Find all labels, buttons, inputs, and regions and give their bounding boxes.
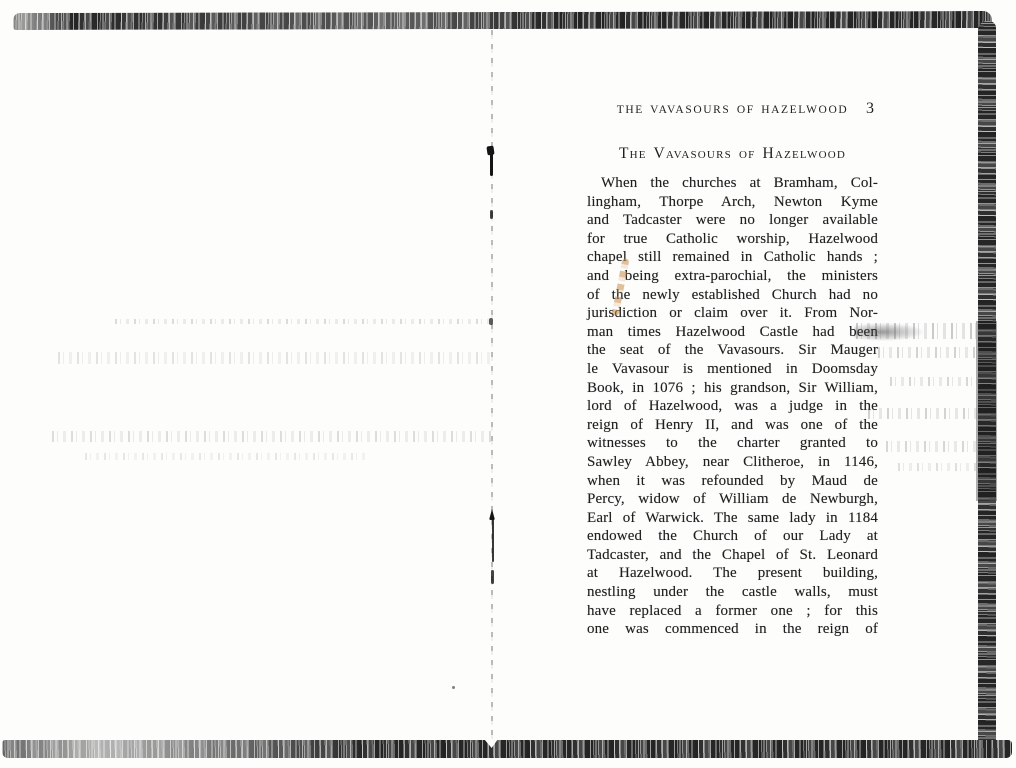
- body-text-line: at Hazelwood. The present building,: [587, 564, 878, 583]
- binding-stitch-mark: [490, 152, 493, 176]
- body-text-line: lingham, Thorpe Arch, Newton Kyme: [587, 193, 878, 212]
- scan-edge-bottom: [2, 740, 1012, 758]
- scan-smudge: [52, 431, 494, 442]
- binding-stitch-mark: [492, 518, 494, 562]
- body-text-line: When the churches at Bramham, Col-: [587, 174, 878, 193]
- body-text-line: endowed the Church of our Lady at: [587, 527, 878, 546]
- page-gutter-line: [491, 30, 493, 740]
- body-text-line: man times Hazelwood Castle had been: [587, 323, 878, 342]
- body-text-line: Earl of Warwick. The same lady in 1184: [587, 509, 878, 528]
- body-text-line: le Vavasour is mentioned in Doomsday: [587, 360, 878, 379]
- scan-smudge: [890, 377, 980, 386]
- body-text-line: one was commenced in the reign of: [587, 620, 878, 639]
- scan-edge-right: [978, 21, 996, 744]
- body-text-line: of the newly established Church had no: [587, 286, 878, 305]
- body-text-line: nestling under the castle walls, must: [587, 583, 878, 602]
- scan-edge-top: [13, 11, 992, 30]
- running-head-row: THE VAVASOURS OF HAZELWOOD 3: [587, 104, 878, 116]
- body-text-line: Sawley Abbey, near Clitheroe, in 1146,: [587, 453, 878, 472]
- running-head: THE VAVASOURS OF HAZELWOOD: [587, 104, 878, 116]
- scan-smudge: [886, 441, 980, 452]
- body-text-line: and being extra-parochial, the ministers: [587, 267, 878, 286]
- page-number: 3: [866, 100, 874, 118]
- body-text-line: chapel still remained in Catholic hands …: [587, 248, 878, 267]
- body-text-line: Percy, widow of William de Newburgh,: [587, 490, 878, 509]
- body-text-line: when it was refounded by Maud de: [587, 472, 878, 491]
- body-text-line: the seat of the Vavasours. Sir Mauger: [587, 341, 878, 360]
- body-text-line: lord of Hazelwood, was a judge in the: [587, 397, 878, 416]
- body-text-line: and Tadcaster were no longer available: [587, 211, 878, 230]
- scan-smudge: [898, 463, 980, 471]
- body-text-line: reign of Henry II, and was one of the: [587, 416, 878, 435]
- book-scan: THE VAVASOURS OF HAZELWOOD 3 The Vavasou…: [0, 0, 1016, 768]
- scan-smudge: [878, 347, 980, 358]
- scan-smudge: [85, 453, 365, 460]
- scan-speck: [452, 686, 455, 689]
- body-text-line: witnesses to the charter granted to: [587, 434, 878, 453]
- scan-smudge: [856, 323, 980, 339]
- binding-stitch-mark: [490, 210, 493, 219]
- scan-smudge: [58, 352, 494, 364]
- scan-smudge: [115, 319, 495, 324]
- chapter-title: The Vavasours of Hazelwood: [587, 145, 878, 163]
- body-text-line: Tadcaster, and the Chapel of St. Leonard: [587, 546, 878, 565]
- body-text: When the churches at Bramham, Col-lingha…: [587, 174, 878, 639]
- binding-stitch-mark: [491, 570, 494, 584]
- scan-smudge: [868, 408, 980, 419]
- body-text-line: have replaced a former one ; for this: [587, 602, 878, 621]
- body-text-line: for true Catholic worship, Hazelwood: [587, 230, 878, 249]
- body-text-line: Book, in 1076 ; his grandson, Sir Willia…: [587, 379, 878, 398]
- body-text-line: jurisdiction or claim over it. From Nor-: [587, 304, 878, 323]
